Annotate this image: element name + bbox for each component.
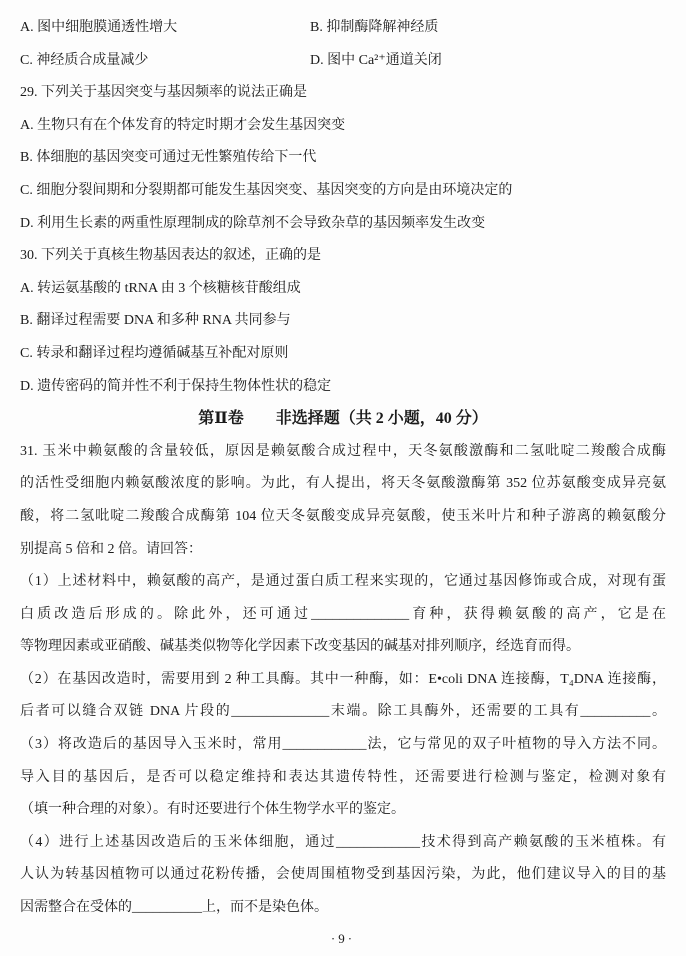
q31-part4-line-2: 人认为转基因植物可以通过花粉传播，会使周围植物受到基因污染，为此，他们建议导入的… — [20, 859, 666, 892]
q31-part2-line-2: 后者可以缝合双链 DNA 片段的______________末端。除工具酶外，还… — [20, 696, 666, 729]
q31-part4-line-3: 因需整合在受体的__________上，而不是染色体。 — [20, 892, 666, 925]
q28-option-a: A. 图中细胞膜通透性增大 — [20, 12, 310, 45]
q29-option-a: A. 生物只有在个体发育的特定时期才会发生基因突变 — [20, 110, 666, 143]
q30-option-c: C. 转录和翻译过程均遵循碱基互补配对原则 — [20, 338, 666, 371]
q30-option-d: D. 遗传密码的简并性不利于保持生物体性状的稳定 — [20, 371, 666, 404]
q31-part3-line-2: 导入目的基因后，是否可以稳定维持和表达其遗传特性，还需要进行检测与鉴定，检测对象… — [20, 762, 666, 795]
q29-option-d: D. 利用生长素的两重性原理制成的除草剂不会导致杂草的基因频率发生改变 — [20, 208, 666, 241]
q31-part1-line-2: 白质改造后形成的。除此外，还可通过______________育种，获得赖氨酸的… — [20, 599, 666, 632]
q31-part1-line-1: （1）上述材料中，赖氨酸的高产，是通过蛋白质工程来实现的，它通过基因修饰或合成，… — [20, 566, 666, 599]
q31-part3-line-3: （填一种合理的对象）。有时还要进行个体生物学水平的鉴定。 — [20, 794, 666, 827]
q28-option-c: C. 神经质合成量减少 — [20, 45, 310, 78]
q29-stem: 29. 下列关于基因突变与基因频率的说法正确是 — [20, 77, 666, 110]
q31-line-1: 31. 玉米中赖氨酸的含量较低，原因是赖氨酸合成过程中，天冬氨酸激酶和二氢吡啶二… — [20, 436, 666, 469]
q28-option-d: D. 图中 Ca²⁺通道关闭 — [310, 45, 666, 78]
q31-line-3: 酸，将二氢吡啶二羧酸合成酶第 104 位天冬氨酸变成异亮氨酸，使玉米叶片和种子游… — [20, 501, 666, 534]
q31-line-2: 的活性受细胞内赖氨酸浓度的影响。为此，有人提出，将天冬氨酸激酶第 352 位苏氨… — [20, 468, 666, 501]
q30-stem: 30. 下列关于真核生物基因表达的叙述，正确的是 — [20, 240, 666, 273]
q28-option-b: B. 抑制酶降解神经质 — [310, 12, 666, 45]
q31-part3-line-1: （3）将改造后的基因导入玉米时，常用____________法，它与常见的双子叶… — [20, 729, 666, 762]
q31-part2-line-1: （2）在基因改造时，需要用到 2 种工具酶。其中一种酶，如：E•coli DNA… — [20, 664, 666, 697]
q29-option-c: C. 细胞分裂间期和分裂期都可能发生基因突变、基因突变的方向是由环境决定的 — [20, 175, 666, 208]
exam-page: A. 图中细胞膜通透性增大 B. 抑制酶降解神经质 C. 神经质合成量减少 D.… — [0, 0, 686, 956]
q30-option-b: B. 翻译过程需要 DNA 和多种 RNA 共同参与 — [20, 305, 666, 338]
q29-option-b: B. 体细胞的基因突变可通过无性繁殖传给下一代 — [20, 142, 666, 175]
section-2-header: 第Ⅱ卷 非选择题（共 2 小题，40 分） — [20, 403, 666, 436]
q28-options-row-2: C. 神经质合成量减少 D. 图中 Ca²⁺通道关闭 — [20, 45, 666, 78]
q31-line-4: 别提高 5 倍和 2 倍。请回答： — [20, 534, 666, 567]
q28-options-row-1: A. 图中细胞膜通透性增大 B. 抑制酶降解神经质 — [20, 12, 666, 45]
q30-option-a: A. 转运氨基酸的 tRNA 由 3 个核糖核苷酸组成 — [20, 273, 666, 306]
q31-part4-line-1: （4）进行上述基因改造后的玉米体细胞，通过____________技术得到高产赖… — [20, 827, 666, 860]
page-number: ·9· — [20, 925, 666, 953]
q31-part1-line-3: 等物理因素或亚硝酸、碱基类似物等化学因素下改变基因的碱基对排列顺序，经选育而得。 — [20, 631, 666, 664]
